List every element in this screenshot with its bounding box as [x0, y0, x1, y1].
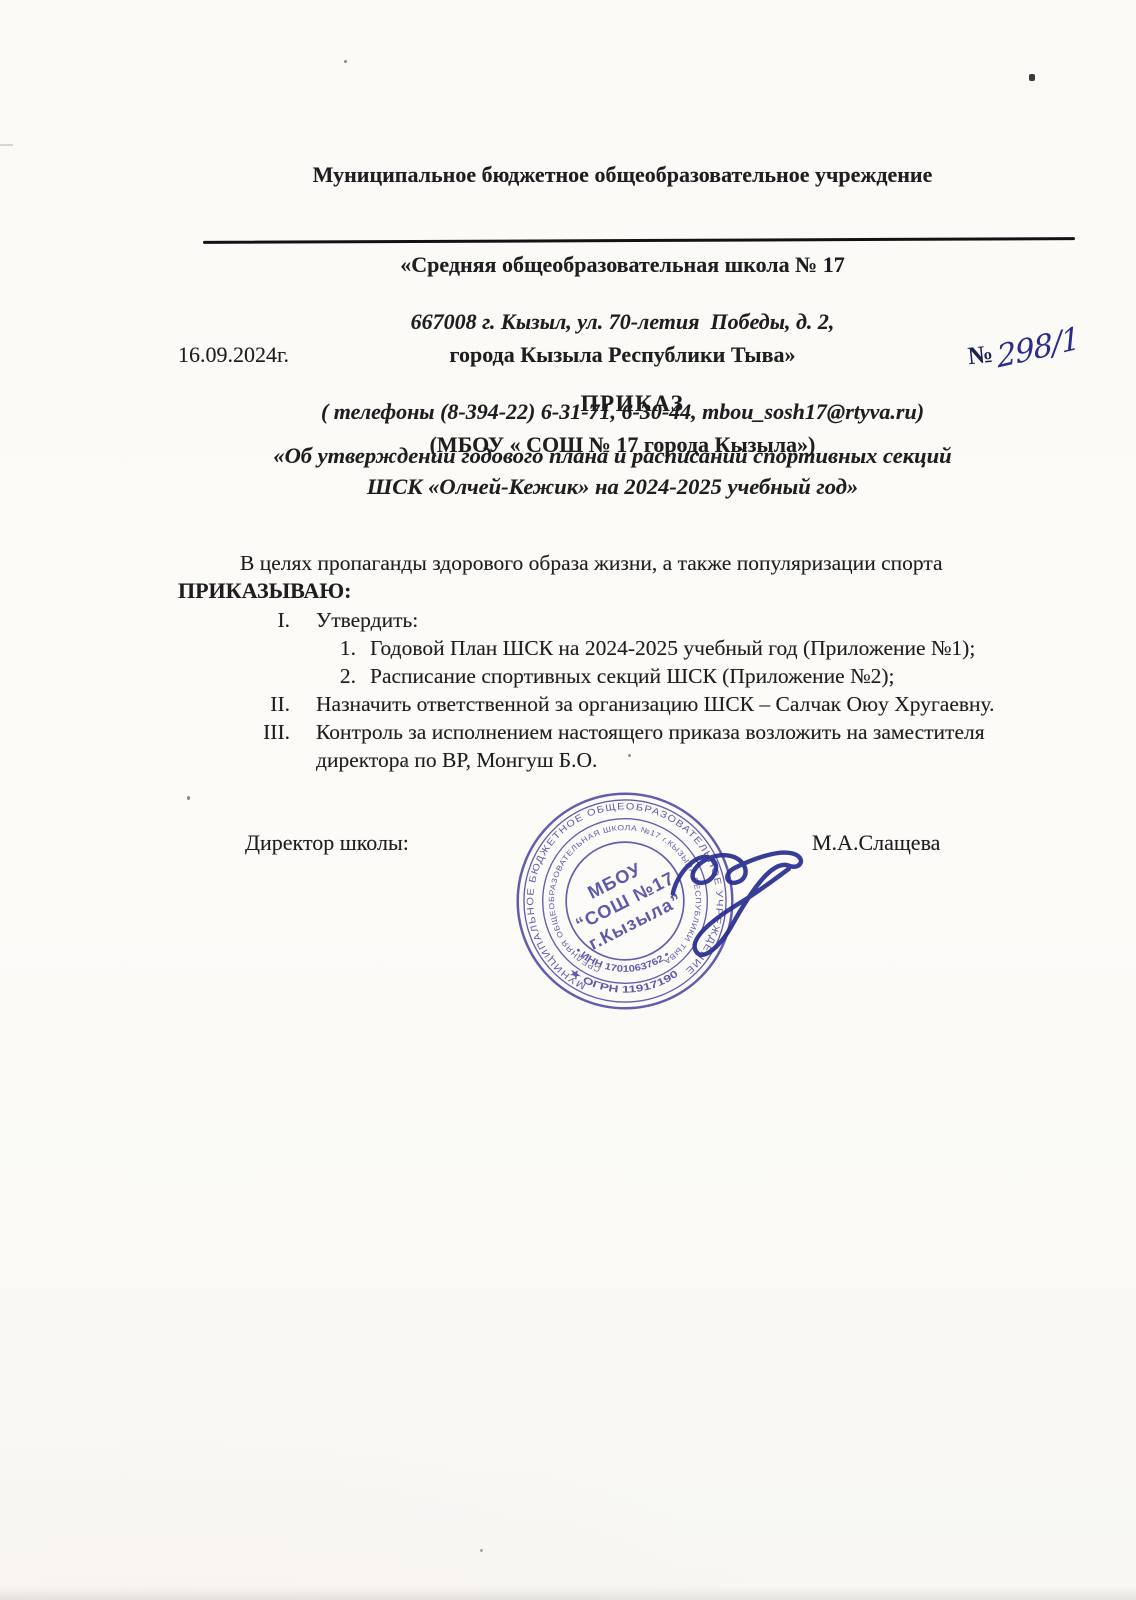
signature-label: Директор школы:: [245, 830, 409, 856]
order-number-block: № 298/1: [962, 330, 1112, 390]
order-item-II: II. Назначить ответственной за организац…: [178, 690, 1038, 718]
item-text: Утвердить:: [316, 606, 1034, 634]
item-marker: 1.: [178, 634, 356, 662]
scan-speck: [404, 763, 407, 766]
signature-stroke: [673, 853, 801, 955]
item-text: Расписание спортивных секций ШСК (Прилож…: [370, 662, 1030, 690]
item-text: Назначить ответственной за организацию Ш…: [316, 690, 1034, 718]
scan-bottom-shadow: [0, 1586, 1136, 1600]
scan-speck: [344, 60, 347, 63]
item-marker: II.: [178, 690, 290, 718]
order-subject-line-1: «Об утверждении годового плана и расписа…: [150, 440, 1075, 471]
signature-flourish: [648, 836, 824, 972]
scan-speck: [187, 796, 190, 800]
scan-speck: [480, 1549, 483, 1552]
order-title: ПРИКАЗ: [200, 391, 1065, 417]
order-subitem-2: 2. Расписание спортивных секций ШСК (При…: [178, 662, 1038, 690]
order-subject-line-2: ШСК «Олчей-Кежик» на 2024-2025 учебный г…: [150, 471, 1075, 502]
order-items: I. Утвердить: 1. Годовой План ШСК на 202…: [178, 606, 1038, 774]
number-sign: №: [967, 341, 995, 371]
scan-speck: [628, 754, 631, 757]
signatory-name: М.А.Слащева: [812, 830, 940, 856]
org-address-line: 667008 г. Кызыл, ул. 70-летия Победы, д.…: [190, 307, 1055, 337]
scan-edge-artifact: [0, 144, 13, 146]
item-marker: I.: [178, 606, 290, 634]
order-item-III: III. Контроль за исполнением настоящего …: [178, 718, 1038, 774]
order-subject: «Об утверждении годового плана и расписа…: [150, 440, 1075, 502]
order-date: 16.09.2024г.: [178, 342, 289, 368]
decree-word: ПРИКАЗЫВАЮ:: [178, 578, 351, 604]
item-marker: 2.: [178, 662, 356, 690]
item-text: Контроль за исполнением настоящего прика…: [316, 718, 1034, 774]
item-marker: III.: [178, 718, 290, 746]
order-item-I: I. Утвердить:: [178, 606, 1038, 634]
item-text: Годовой План ШСК на 2024-2025 учебный го…: [370, 634, 1030, 662]
scan-speck: [1029, 74, 1035, 81]
order-subitem-1: 1. Годовой План ШСК на 2024-2025 учебный…: [178, 634, 1038, 662]
order-preamble: В целях пропаганды здорового образа жизн…: [178, 549, 1013, 577]
org-name-line-1: Муниципальное бюджетное общеобразователь…: [190, 160, 1055, 190]
document-page: Муниципальное бюджетное общеобразователь…: [0, 0, 1136, 1600]
